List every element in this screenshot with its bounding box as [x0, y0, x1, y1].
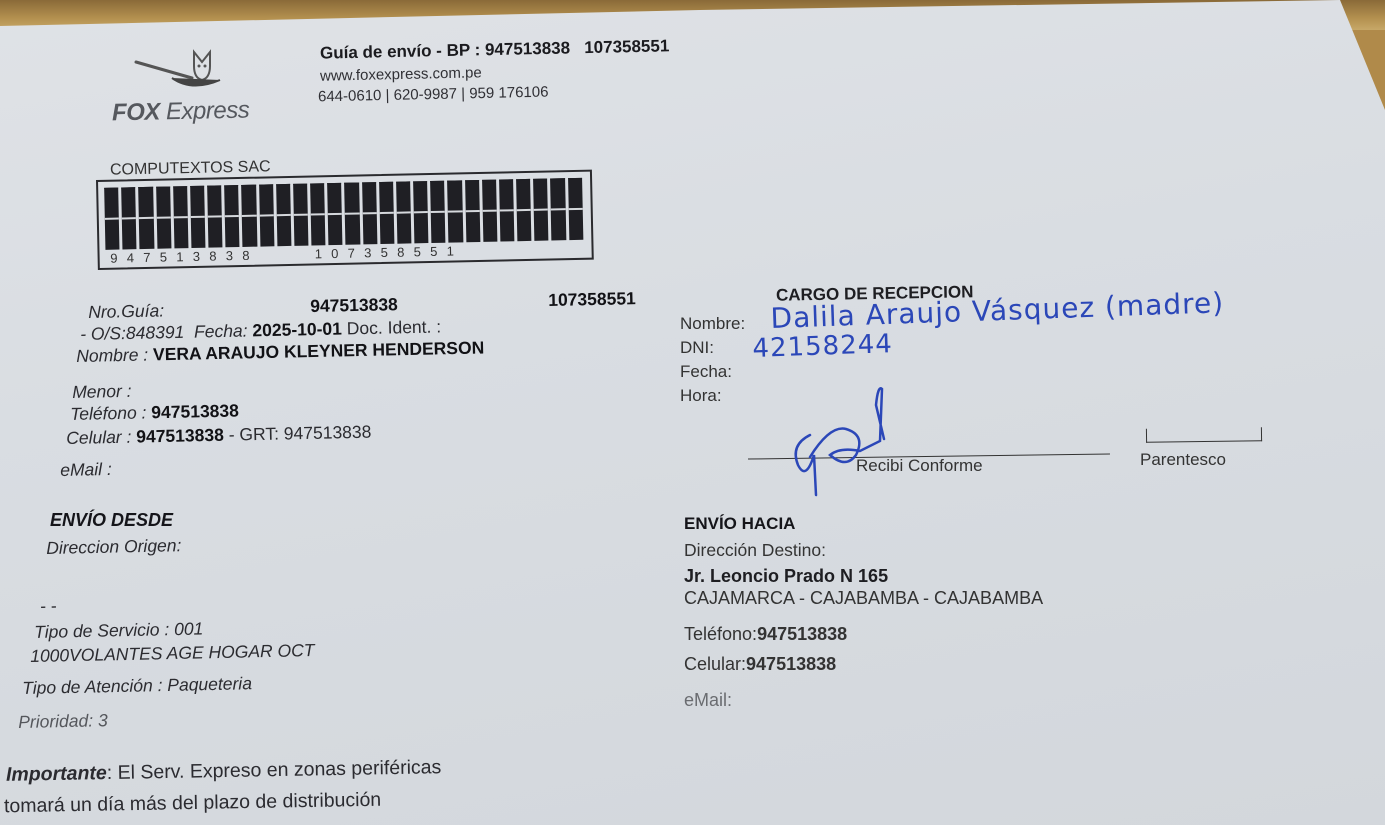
barcode-digit: 7	[138, 250, 155, 265]
barcode-bar	[242, 185, 257, 247]
important-notice-continued: tomará un día más del plazo de distribuc…	[4, 789, 382, 819]
destination-cellphone-line: Celular:947513838	[684, 654, 836, 675]
service-type: Tipo de Servicio : 001	[34, 618, 204, 643]
destination-cellphone-value: 947513838	[746, 654, 836, 674]
phone-value: 947513838	[151, 400, 239, 422]
barcode-bar	[551, 178, 566, 240]
important-notice: Importante: El Serv. Expreso en zonas pe…	[6, 756, 442, 787]
receiver-name-label: Nombre:	[680, 314, 745, 334]
relationship-label: Parentesco	[1140, 450, 1226, 470]
destination-email-label: eMail:	[684, 690, 732, 711]
important-text: : El Serv. Expreso en zonas periféricas	[107, 756, 442, 784]
guide-title: Guía de envío - BP : 947513838 107358551	[320, 36, 670, 63]
destination-section-title: ENVÍO HACIA	[684, 514, 795, 534]
barcode-bar	[362, 182, 377, 244]
receiver-dni-handwritten: 42158244	[752, 329, 893, 364]
barcode-bar	[224, 185, 239, 247]
name-label: Nombre :	[76, 344, 148, 366]
barcode-digit: 9	[105, 250, 122, 265]
receiver-time-label: Hora:	[680, 386, 722, 406]
barcode-bar	[190, 186, 205, 248]
destination-phone-label: Teléfono:	[684, 624, 757, 644]
receiver-dni-label: DNI:	[680, 338, 714, 358]
barcode-bars	[104, 178, 583, 250]
brand-logo-text: FOX Express	[112, 97, 250, 128]
barcode-bar	[156, 186, 171, 248]
barcode-bar	[327, 183, 342, 245]
barcode-bar	[396, 181, 411, 243]
cellphone-value: 947513838	[136, 425, 224, 447]
barcode-bar	[568, 178, 583, 240]
fox-head-icon	[132, 46, 242, 96]
guide-number-secondary: 107358551	[548, 288, 636, 311]
origin-section-title: ENVÍO DESDE	[50, 510, 173, 531]
barcode-bar	[121, 187, 136, 249]
barcode-digit: 1	[310, 246, 327, 261]
shipping-guide-paper: FOX Express Guía de envío - BP : 9475138…	[0, 0, 1385, 825]
email-label: eMail :	[60, 459, 112, 481]
barcode-digit: 7	[343, 245, 360, 260]
received-conform-label: Recibi Conforme	[856, 456, 983, 476]
barcode-bar	[482, 180, 497, 242]
barcode-digit: 0	[326, 246, 343, 261]
barcode-digit: 5	[425, 244, 442, 259]
destination-phone-line: Teléfono:947513838	[684, 624, 847, 645]
barcode-bar	[345, 182, 360, 244]
barcode-bar	[173, 186, 188, 248]
receiver-date-label: Fecha:	[680, 362, 732, 382]
brand-name-bold: FOX	[112, 98, 160, 126]
origin-address-value: - -	[40, 596, 57, 617]
cellphone-label: Celular :	[66, 427, 132, 448]
barcode-bar	[259, 184, 274, 246]
barcode-bar	[310, 183, 325, 245]
barcode-digit: 4	[122, 250, 139, 265]
barcode-bar	[207, 185, 222, 247]
barcode-bar	[430, 181, 445, 243]
priority: Prioridad: 3	[18, 710, 108, 733]
brand-name-light: Express	[166, 97, 250, 126]
barcode-bar	[516, 179, 531, 241]
barcode-digit: 5	[376, 245, 393, 260]
destination-address-label: Dirección Destino:	[684, 540, 826, 561]
barcode-bar	[413, 181, 428, 243]
barcode-bar	[465, 180, 480, 242]
barcode-digit: 8	[237, 248, 254, 263]
grt-value: - GRT: 947513838	[228, 422, 371, 445]
barcode-bar	[104, 188, 119, 250]
relationship-field	[1146, 427, 1262, 443]
minor-label: Menor :	[72, 381, 132, 403]
barcode-digit-gap	[254, 259, 310, 260]
barcode-bar	[533, 179, 548, 241]
barcode-bar	[448, 180, 463, 242]
destination-phone-value: 947513838	[757, 624, 847, 644]
barcode-digit: 5	[155, 249, 172, 264]
order-service-number: - O/S:848391	[80, 322, 185, 344]
barcode-digit: 5	[409, 244, 426, 259]
destination-address-value: Jr. Leoncio Prado N 165	[684, 566, 888, 587]
barcode-digit: 8	[392, 244, 409, 259]
barcode-digit: 1	[442, 243, 459, 258]
destination-cellphone-label: Celular:	[684, 654, 746, 674]
date-value: 2025-10-01	[252, 319, 342, 341]
barcode-digit: 8	[204, 248, 221, 263]
doc-ident-label: Doc. Ident. :	[347, 316, 442, 338]
attention-type: Tipo de Atención : Paqueteria	[22, 673, 252, 699]
guide-number-label: Nro.Guía:	[88, 300, 164, 323]
important-label: Importante	[6, 762, 107, 786]
phone-label: Teléfono :	[70, 402, 147, 424]
barcode-digit: 3	[221, 248, 238, 263]
website-link: www.foxexpress.com.pe	[320, 64, 482, 84]
service-description: 1000VOLANTES AGE HOGAR OCT	[30, 640, 315, 667]
phone-line: Teléfono : 947513838	[70, 400, 239, 425]
barcode-digit: 3	[188, 249, 205, 264]
barcode-bar	[139, 187, 154, 249]
barcode-bar	[293, 184, 308, 246]
barcode: 947513838107358551	[96, 170, 594, 270]
barcode-digit: 3	[359, 245, 376, 260]
origin-address-label: Direccion Origen:	[46, 535, 182, 559]
phone-numbers: 644-0610 | 620-9987 | 959 176106	[318, 84, 549, 106]
cellphone-line: Celular : 947513838 - GRT: 947513838	[66, 422, 372, 449]
barcode-digit: 1	[171, 249, 188, 264]
barcode-bar	[379, 182, 394, 244]
signature-scribble	[780, 385, 910, 500]
destination-location: CAJAMARCA - CAJABAMBA - CAJABAMBA	[684, 588, 1043, 609]
date-label: Fecha:	[194, 320, 248, 341]
barcode-bar	[276, 184, 291, 246]
barcode-bar	[499, 179, 514, 241]
guide-number-value: 947513838	[310, 294, 398, 317]
